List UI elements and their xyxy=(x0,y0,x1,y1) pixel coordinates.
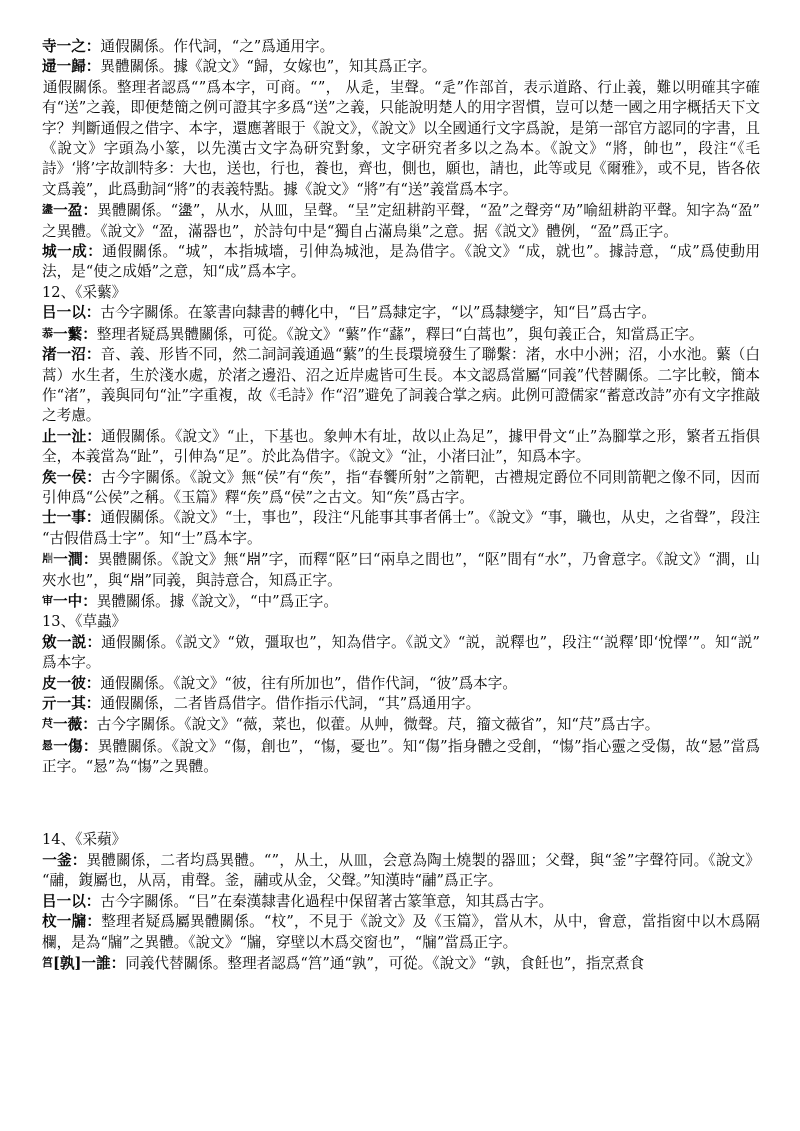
entry-headword: 𣶒一澗： xyxy=(42,551,98,568)
headword-text: 一中： xyxy=(53,593,97,610)
headword-text: 一盈： xyxy=(53,202,97,219)
entry-body: 通假關係。“城”，本指城墻，引伸為城池，是為借字。《說文》“成，就也”。據詩意，… xyxy=(42,243,760,280)
entry: 𥂖一盈：異體關係。“𥂖”，从水，从皿，呈聲。“呈”定紐耕韵平聲，“盈”之聲旁“夃… xyxy=(42,200,760,242)
entry: 矦一侯：古今字關係。《說文》無“侯”有“矦”，指“春饗所射”之箭靶，古禮規定爵位… xyxy=(42,468,760,509)
entry-body: 整理者疑爲屬異體關係。“𣐀”，不見于《說文》及《玉篇》，當从木，从中，會意，當指… xyxy=(42,913,760,950)
entry: 𥁯一釜：異體關係，二者均爲異體。“𥁯”，从土，从皿，会意為陶土燒製的器皿；父聲，… xyxy=(42,850,760,892)
entry: 𣶒一澗：異體關係。《說文》無“𣶒”字，而釋“𨸟”曰“兩阜之間也”，“𨸟”間有“水… xyxy=(42,549,760,591)
entry-body: 異體關係，二者均爲異體。“𥁯”，从土，从皿，会意為陶土燒製的器皿；父聲，與“釜”… xyxy=(42,852,760,889)
entry-body: 異體關係。《說文》無“𣶒”字，而釋“𨸟”曰“兩阜之間也”，“𨸟”間有“水”，乃會… xyxy=(42,551,760,588)
entry-headword: 皮一彼： xyxy=(42,675,100,692)
entry: 城一成：通假關係。“城”，本指城墻，引伸為城池，是為借字。《說文》“成，就也”。… xyxy=(42,242,760,283)
entry-headword: 筥[孰]一誰： xyxy=(42,955,125,972)
entry: 㠯一以：古今字關係。“㠯”在秦漢隸書化過程中保留著古篆筆意，知其爲古字。 xyxy=(42,892,760,912)
headword-text: 一薇： xyxy=(53,716,97,733)
entry-body: 通假關係。整理者認爲“𨓲”爲本字，可商。“𨓲”， 从辵，㞷聲。“辵”作部首，表示… xyxy=(42,79,760,198)
headword-text: 矦一侯： xyxy=(42,469,101,486)
entry-body: 古今字關係。在篆書向隸書的轉化中，“㠯”爲隸定字，“以”爲隸變字，知“㠯”爲古字… xyxy=(100,304,656,321)
entry: 筥[孰]一誰：同義代替關係。整理者認爲“筥”通“孰”，可從。《說文》“孰，食飪也… xyxy=(42,953,760,974)
headword-text: 一蘩： xyxy=(53,326,97,343)
entry-body: 通假關係。作代詞，“之”爲通用字。 xyxy=(100,38,334,55)
entry-headword: 惖一傷： xyxy=(42,738,98,755)
entry-body: 古今字關係。《說文》無“侯”有“矦”，指“春饗所射”之箭靶，古禮規定爵位不同則箭… xyxy=(42,469,760,506)
headword-text: 一傷： xyxy=(53,738,97,755)
entry-body: 通假關係。《說文》“士，事也”，段注“凡能事其事者偁士”。《說文》“事，職也，从… xyxy=(42,509,760,546)
entry-headword: 寺一之： xyxy=(42,38,100,55)
headword-text: 皮一彼： xyxy=(42,675,100,692)
headword-text: 止一沚： xyxy=(42,428,101,445)
entry-headword: 城一成： xyxy=(42,243,102,260)
entry: 䢜一歸：異體關係。據《說文》“歸，女嫁也”，知其爲正字。 xyxy=(42,57,760,77)
entry-headword: 㠯一以： xyxy=(42,893,100,910)
entry-body: 異體關係。據《說文》“歸，女嫁也”，知其爲正字。 xyxy=(100,58,436,75)
headword-text: 㠯一以： xyxy=(42,304,100,321)
headword-text: 亓一其： xyxy=(42,695,100,712)
entry-headword: 𥁯一釜： xyxy=(42,852,87,869)
rare-glyph: 𥂖 xyxy=(42,203,53,216)
headword-text: 渚一沼： xyxy=(42,346,101,363)
headword-text: 䢜一歸： xyxy=(42,58,100,75)
document-body: 寺一之：通假關係。作代詞，“之”爲通用字。䢜一歸：異體關係。據《說文》“歸，女嫁… xyxy=(42,37,760,974)
entry-headword: 𣐀一牖： xyxy=(42,913,101,930)
entry-headword: 敓一説： xyxy=(42,634,101,651)
entry: 敓一説：通假關係。《説文》“敓，彊取也”，知為借字。《説文》“説，説釋也”，段注… xyxy=(42,633,760,674)
entry-headword: 亓一其： xyxy=(42,695,100,712)
headword-text: 𣐀一牖： xyxy=(42,913,101,930)
entry-body: 異體關係。《說文》“傷，創也”，“慯，憂也”。知“傷”指身體之受創，“慯”指心靈… xyxy=(42,738,760,775)
entry: 寺一之：通假關係。作代詞，“之”爲通用字。 xyxy=(42,37,760,57)
headword-text: 城一成： xyxy=(42,243,102,260)
entry: 士一事：通假關係。《說文》“士，事也”，段注“凡能事其事者偁士”。《說文》“事，… xyxy=(42,508,760,549)
section-header: 14、《采蘋》 xyxy=(42,830,760,850)
entry-body: 通假關係，二者皆爲借字。借作指示代詞，“其”爲通用字。 xyxy=(100,695,480,712)
entry: 𦬨一薇：古今字關係。《說文》“薇，菜也，似藿。从艸，微聲。𦬨，籀文薇省”，知“𦬨… xyxy=(42,714,760,735)
entry-body: 古今字關係。“㠯”在秦漢隸書化過程中保留著古篆筆意，知其爲古字。 xyxy=(100,893,553,910)
rare-glyph: 惖 xyxy=(42,739,53,752)
rare-glyph: 审 xyxy=(42,594,53,607)
rare-glyph: 菾 xyxy=(42,327,53,340)
section-header: 12、《采蘩》 xyxy=(42,283,760,303)
entry: 㠯一以：古今字關係。在篆書向隸書的轉化中，“㠯”爲隸定字，“以”爲隸變字，知“㠯… xyxy=(42,303,760,323)
entry: 亓一其：通假關係，二者皆爲借字。借作指示代詞，“其”爲通用字。 xyxy=(42,694,760,714)
entry-body: 異體關係。據《說文》，“中”爲正字。 xyxy=(97,593,338,610)
entry: 止一沚：通假關係。《說文》“止，下基也。象艸木有址，故以止為足”，據甲骨文“止”… xyxy=(42,427,760,468)
entry-body: 音、義、形皆不同，然二詞詞義通過“蘩”的生長環境發生了聯繫：渚，水中小洲；沼，小… xyxy=(42,346,760,424)
entry-headword: 渚一沼： xyxy=(42,346,101,363)
entry-body: 異體關係。“𥂖”，从水，从皿，呈聲。“呈”定紐耕韵平聲，“盈”之聲旁“夃”喻紐耕… xyxy=(42,202,760,239)
headword-text: 士一事： xyxy=(42,509,101,526)
entry-headword: 䢜一歸： xyxy=(42,58,100,75)
entry: 皮一彼：通假關係。《說文》“彼，往有所加也”，借作代詞，“彼”爲本字。 xyxy=(42,674,760,694)
entry-headword: 𦬨一薇： xyxy=(42,716,97,733)
headword-text: 一澗： xyxy=(53,551,97,568)
entry-headword: 𥂖一盈： xyxy=(42,202,97,219)
entry: 惖一傷：異體關係。《說文》“傷，創也”，“慯，憂也”。知“傷”指身體之受創，“慯… xyxy=(42,736,760,778)
entry-body: 古今字關係。《說文》“薇，菜也，似藿。从艸，微聲。𦬨，籀文薇省”，知“𦬨”爲古字… xyxy=(97,716,660,733)
rare-glyph: 𦬨 xyxy=(42,717,53,730)
headword-text: 寺一之： xyxy=(42,38,100,55)
entry-body: 通假關係。《說文》“止，下基也。象艸木有址，故以止為足”，據甲骨文“止”為腳掌之… xyxy=(42,428,760,465)
entry: 𨓲一將：通假關係。整理者認爲“𨓲”爲本字，可商。“𨓲”， 从辵，㞷聲。“辵”作部… xyxy=(42,78,760,200)
rare-glyph: 𣶒 xyxy=(42,552,53,565)
entry-headword: 矦一侯： xyxy=(42,469,101,486)
entry-body: 同義代替關係。整理者認爲“筥”通“孰”，可從。《說文》“孰，食飪也”，指烹煮食 xyxy=(125,955,644,972)
entry-headword: 士一事： xyxy=(42,509,101,526)
entry-headword: 菾一蘩： xyxy=(42,326,97,343)
entry: 渚一沼：音、義、形皆不同，然二詞詞義通過“蘩”的生長環境發生了聯繫：渚，水中小洲… xyxy=(42,345,760,427)
entry-headword: 㠯一以： xyxy=(42,304,100,321)
entry-body: 整理者疑爲異體關係，可從。《說文》“蘩”作“蘨”，釋曰“白蒿也”，與句義正合，知… xyxy=(97,326,704,343)
document-page: 寺一之：通假關係。作代詞，“之”爲通用字。䢜一歸：異體關係。據《說文》“歸，女嫁… xyxy=(0,0,800,1131)
entry-body: 通假關係。《説文》“敓，彊取也”，知為借字。《説文》“説，説釋也”，段注“‘説釋… xyxy=(42,634,760,671)
entry: 菾一蘩：整理者疑爲異體關係，可從。《說文》“蘩”作“蘨”，釋曰“白蒿也”，與句義… xyxy=(42,324,760,345)
entry-body: 通假關係。《說文》“彼，往有所加也”，借作代詞，“彼”爲本字。 xyxy=(100,675,517,692)
rare-glyph: 筥 xyxy=(42,956,53,969)
entry-headword: 止一沚： xyxy=(42,428,101,445)
section-header: 13、《草蟲》 xyxy=(42,612,760,632)
entry: 𣐀一牖：整理者疑爲屬異體關係。“𣐀”，不見于《說文》及《玉篇》，當从木，从中，會… xyxy=(42,912,760,953)
entry-headword: 审一中： xyxy=(42,593,97,610)
headword-text: [孰]一誰： xyxy=(53,955,125,972)
headword-text: 敓一説： xyxy=(42,634,101,651)
headword-text: 㠯一以： xyxy=(42,893,100,910)
headword-text: 一釜： xyxy=(42,852,86,869)
entry: 审一中：異體關係。據《說文》，“中”爲正字。 xyxy=(42,591,760,612)
